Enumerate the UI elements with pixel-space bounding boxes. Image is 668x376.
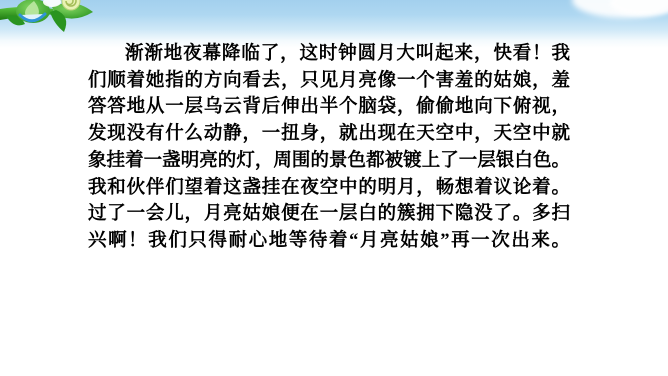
text-line: 渐渐地夜幕降临了，这时钟圆月大叫起来，快看！我: [88, 41, 570, 68]
text-line: 我和伙伴们望着这盏挂在夜空中的明月，畅想着议论着。: [88, 175, 570, 202]
text-line: 答答地从一层乌云背后伸出半个脑袋，偷偷地向下俯视，: [88, 94, 570, 121]
text-line: 象挂着一盏明亮的灯，周围的景色都被镀上了一层银白色。: [88, 148, 570, 175]
text-line: 兴啊！我们只得耐心地等待着“月亮姑娘”再一次出来。: [88, 228, 570, 255]
text-line: 们顺着她指的方向看去，只见月亮像一个害羞的姑娘，羞: [88, 68, 570, 95]
slide-paragraph: 渐渐地夜幕降临了，这时钟圆月大叫起来，快看！我 们顺着她指的方向看去，只见月亮像…: [88, 41, 570, 255]
text-line: 发现没有什么动静，一扭身，就出现在天空中，天空中就: [88, 121, 570, 148]
text-line: 过了一会儿，月亮姑娘便在一层白的簇拥下隐没了。多扫: [88, 201, 570, 228]
